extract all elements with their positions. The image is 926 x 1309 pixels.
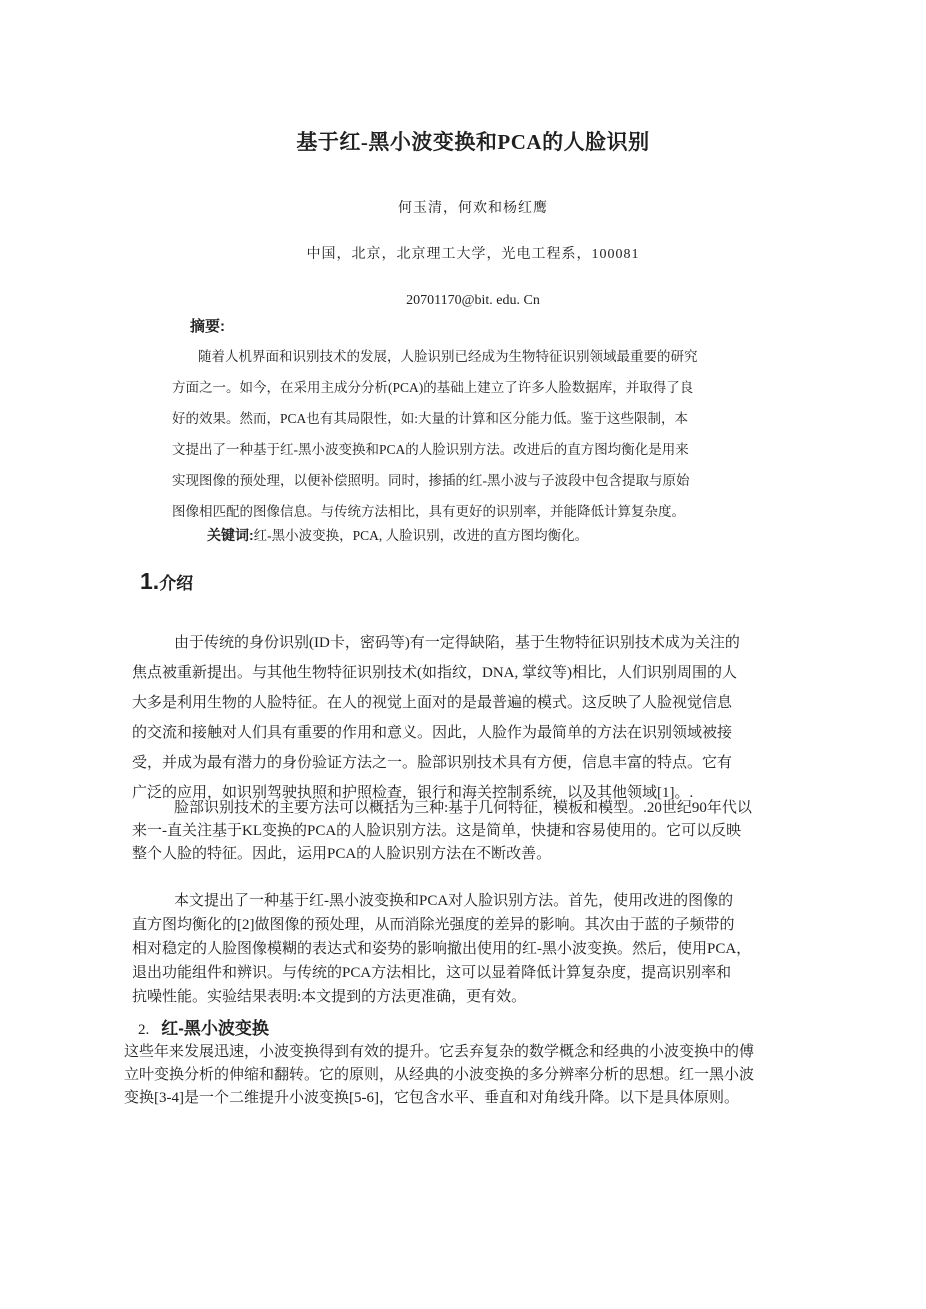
text-line: 实现图像的预处理，以便补偿照明。同时，掺插的红-黑小波与子波段中包含提取与原始: [172, 465, 672, 496]
section-2-heading: 2.红-黑小波变换: [138, 1014, 269, 1039]
keywords-text: 红-黑小波变换，PCA, 人脸识别，改进的直方图均衡化。: [254, 528, 589, 543]
section-1-number: 1.: [140, 568, 159, 594]
text-line: 方面之一。如今，在采用主成分分析(PCA)的基础上建立了许多人脸数据库，并取得了…: [172, 372, 672, 403]
keywords-label: 关键词:: [207, 527, 254, 543]
section-2-number: 2.: [138, 1022, 149, 1038]
text-line: 直方图均衡化的[2]做图像的预处理，从而消除光强度的差异的影响。其次由于蓝的子频…: [132, 913, 751, 937]
paper-title: 基于红-黑小波变换和PCA的人脸识别: [10, 126, 926, 156]
intro-paragraph-1: 由于传统的身份识别(ID卡，密码等)有一定得缺陷，基于生物特征识别技术成为关注的…: [132, 628, 740, 808]
text-line: 脸部识别技术的主要方法可以概括为三种:基于几何特征，模板和模型。.20世纪90年…: [132, 797, 752, 820]
text-line: 相对稳定的人脸图像模糊的表达式和姿势的影响撤出使用的红-黑小波变换。然后，使用P…: [132, 937, 751, 961]
section-2-title: 红-黑小波变换: [161, 1019, 269, 1038]
section-1-title: 介绍: [159, 574, 193, 593]
affiliation-line: 中国，北京，北京理工大学，光电工程系，100081: [10, 243, 926, 263]
text-line: 受，并成为最有潜力的身份验证方法之一。脸部识别技术具有方便，信息丰富的特点。它有: [132, 748, 740, 778]
abstract-paragraph: 随着人机界面和识别技术的发展，人脸识别已经成为生物特征识别领域最重要的研究方面之…: [172, 341, 672, 527]
text-line: 随着人机界面和识别技术的发展，人脸识别已经成为生物特征识别领域最重要的研究: [172, 341, 672, 372]
section-1-heading: 1.介绍: [140, 568, 193, 595]
email-line: 20701170@bit. edu. Cn: [10, 293, 926, 309]
section-2-paragraph: 这些年来发展迅速，小波变换得到有效的提升。它丢弃复杂的数学概念和经典的小波变换中…: [124, 1041, 754, 1110]
intro-paragraph-3: 本文提出了一种基于红-黑小波变换和PCA对人脸识别方法。首先，使用改进的图像的直…: [132, 889, 751, 1009]
authors-line: 何玉清，何欢和杨红鹰: [10, 197, 926, 217]
text-line: 大多是利用生物的人脸特征。在人的视觉上面对的是最普遍的模式。这反映了人脸视觉信息: [132, 688, 740, 718]
text-line: 文提出了一种基于红-黑小波变换和PCA的人脸识别方法。改进后的直方图均衡化是用来: [172, 434, 672, 465]
text-line: 整个人脸的特征。因此，运用PCA的人脸识别方法在不断改善。: [132, 843, 752, 866]
intro-paragraph-2: 脸部识别技术的主要方法可以概括为三种:基于几何特征，模板和模型。.20世纪90年…: [132, 797, 752, 866]
text-line: 立叶变换分析的伸缩和翻转。它的原则，从经典的小波变换的多分辨率分析的思想。红一黑…: [124, 1064, 754, 1087]
text-line: 来一-直关注基于KL变换的PCA的人脸识别方法。这是简单，快捷和容易使用的。它可…: [132, 820, 752, 843]
abstract-label: 摘要:: [190, 315, 225, 336]
text-line: 好的效果。然而，PCA也有其局限性，如:大量的计算和区分能力低。鉴于这些限制，本: [172, 403, 672, 434]
text-line: 图像相匹配的图像信息。与传统方法相比，具有更好的识别率，并能降低计算复杂度。: [172, 496, 672, 527]
text-line: 由于传统的身份识别(ID卡，密码等)有一定得缺陷，基于生物特征识别技术成为关注的: [132, 628, 740, 658]
text-line: 的交流和接触对人们具有重要的作用和意义。因此，人脸作为最简单的方法在识别领域被接: [132, 718, 740, 748]
text-line: 焦点被重新提出。与其他生物特征识别技术(如指纹，DNA, 掌纹等)相比，人们识别…: [132, 658, 740, 688]
text-line: 退出功能组件和辨识。与传统的PCA方法相比，这可以显着降低计算复杂度，提高识别率…: [132, 961, 751, 985]
text-line: 变换[3-4]是一个二维提升小波变换[5-6]，它包含水平、垂直和对角线升降。以…: [124, 1087, 754, 1110]
text-line: 本文提出了一种基于红-黑小波变换和PCA对人脸识别方法。首先，使用改进的图像的: [132, 889, 751, 913]
text-line: 抗噪性能。实验结果表明:本文提到的方法更准确，更有效。: [132, 985, 751, 1009]
text-line: 这些年来发展迅速，小波变换得到有效的提升。它丢弃复杂的数学概念和经典的小波变换中…: [124, 1041, 754, 1064]
keywords-line: 关键词:红-黑小波变换，PCA, 人脸识别，改进的直方图均衡化。: [207, 524, 588, 545]
paper-page: { "page": { "background": "#ffffff", "te…: [0, 0, 926, 1309]
